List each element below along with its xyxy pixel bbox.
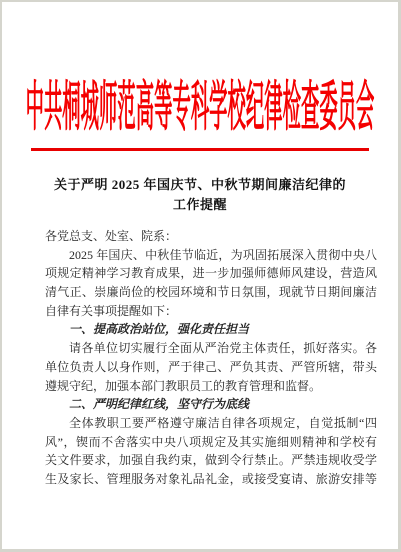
document-title-line-2: 工作提醒 <box>2 195 398 215</box>
document-page: 中共桐城师范高等专科学校纪律检查委员会 关于严明 2025 年国庆节、中秋节期间… <box>0 0 401 552</box>
body-line: 单位负责人以身作则，严于律己、严负其责、严管所辖，带头 <box>45 358 377 377</box>
salutation-line: 各党总支、处室、院系： <box>45 227 377 246</box>
document-title-line-1: 关于严明 2025 年国庆节、中秋节期间廉洁纪律的 <box>2 175 398 195</box>
section-heading: 二、严明纪律红线，坚守行为底线 <box>45 395 377 414</box>
document-body: 各党总支、处室、院系： 2025 年国庆、中秋佳节临近，为巩固拓展深入贯彻中央八… <box>45 227 377 489</box>
document-body-lines: 2025 年国庆、中秋佳节临近，为巩固拓展深入贯彻中央八项规定精神学习教育成果，… <box>45 246 377 489</box>
section-heading: 一、提高政治站位，强化责任担当 <box>45 320 377 339</box>
letterhead-org-name: 中共桐城师范高等专科学校纪律检查委员会 <box>26 71 375 143</box>
letterhead: 中共桐城师范高等专科学校纪律检查委员会 <box>2 71 398 143</box>
body-line: 生及家长、管理服务对象礼品礼金，或接受宴请、旅游安排等 <box>45 470 377 489</box>
body-line: 关文件要求，加强自我约束，做到令行禁止。严禁违规收受学 <box>45 451 377 470</box>
body-line: 风”，锲而不舍落实中央八项规定及其实施细则精神和学校有 <box>45 433 377 452</box>
body-line: 自律有关事项提醒如下： <box>45 302 377 321</box>
body-line: 项规定精神学习教育成果，进一步加强师德师风建设，营造风 <box>45 264 377 283</box>
letterhead-red-rule <box>31 148 369 151</box>
body-line: 清气正、崇廉尚俭的校园环境和节日氛围，现就节日期间廉洁 <box>45 283 377 302</box>
body-line: 全体教职工要严格遵守廉洁自律各项规定，自觉抵制“四 <box>45 414 377 433</box>
body-line: 遵规守纪，加强本部门教职员工的教育管理和监督。 <box>45 377 377 396</box>
body-line: 2025 年国庆、中秋佳节临近，为巩固拓展深入贯彻中央八 <box>45 246 377 265</box>
body-line: 请各单位切实履行全面从严治党主体责任，抓好落实。各 <box>45 339 377 358</box>
document-title: 关于严明 2025 年国庆节、中秋节期间廉洁纪律的 工作提醒 <box>2 175 398 215</box>
